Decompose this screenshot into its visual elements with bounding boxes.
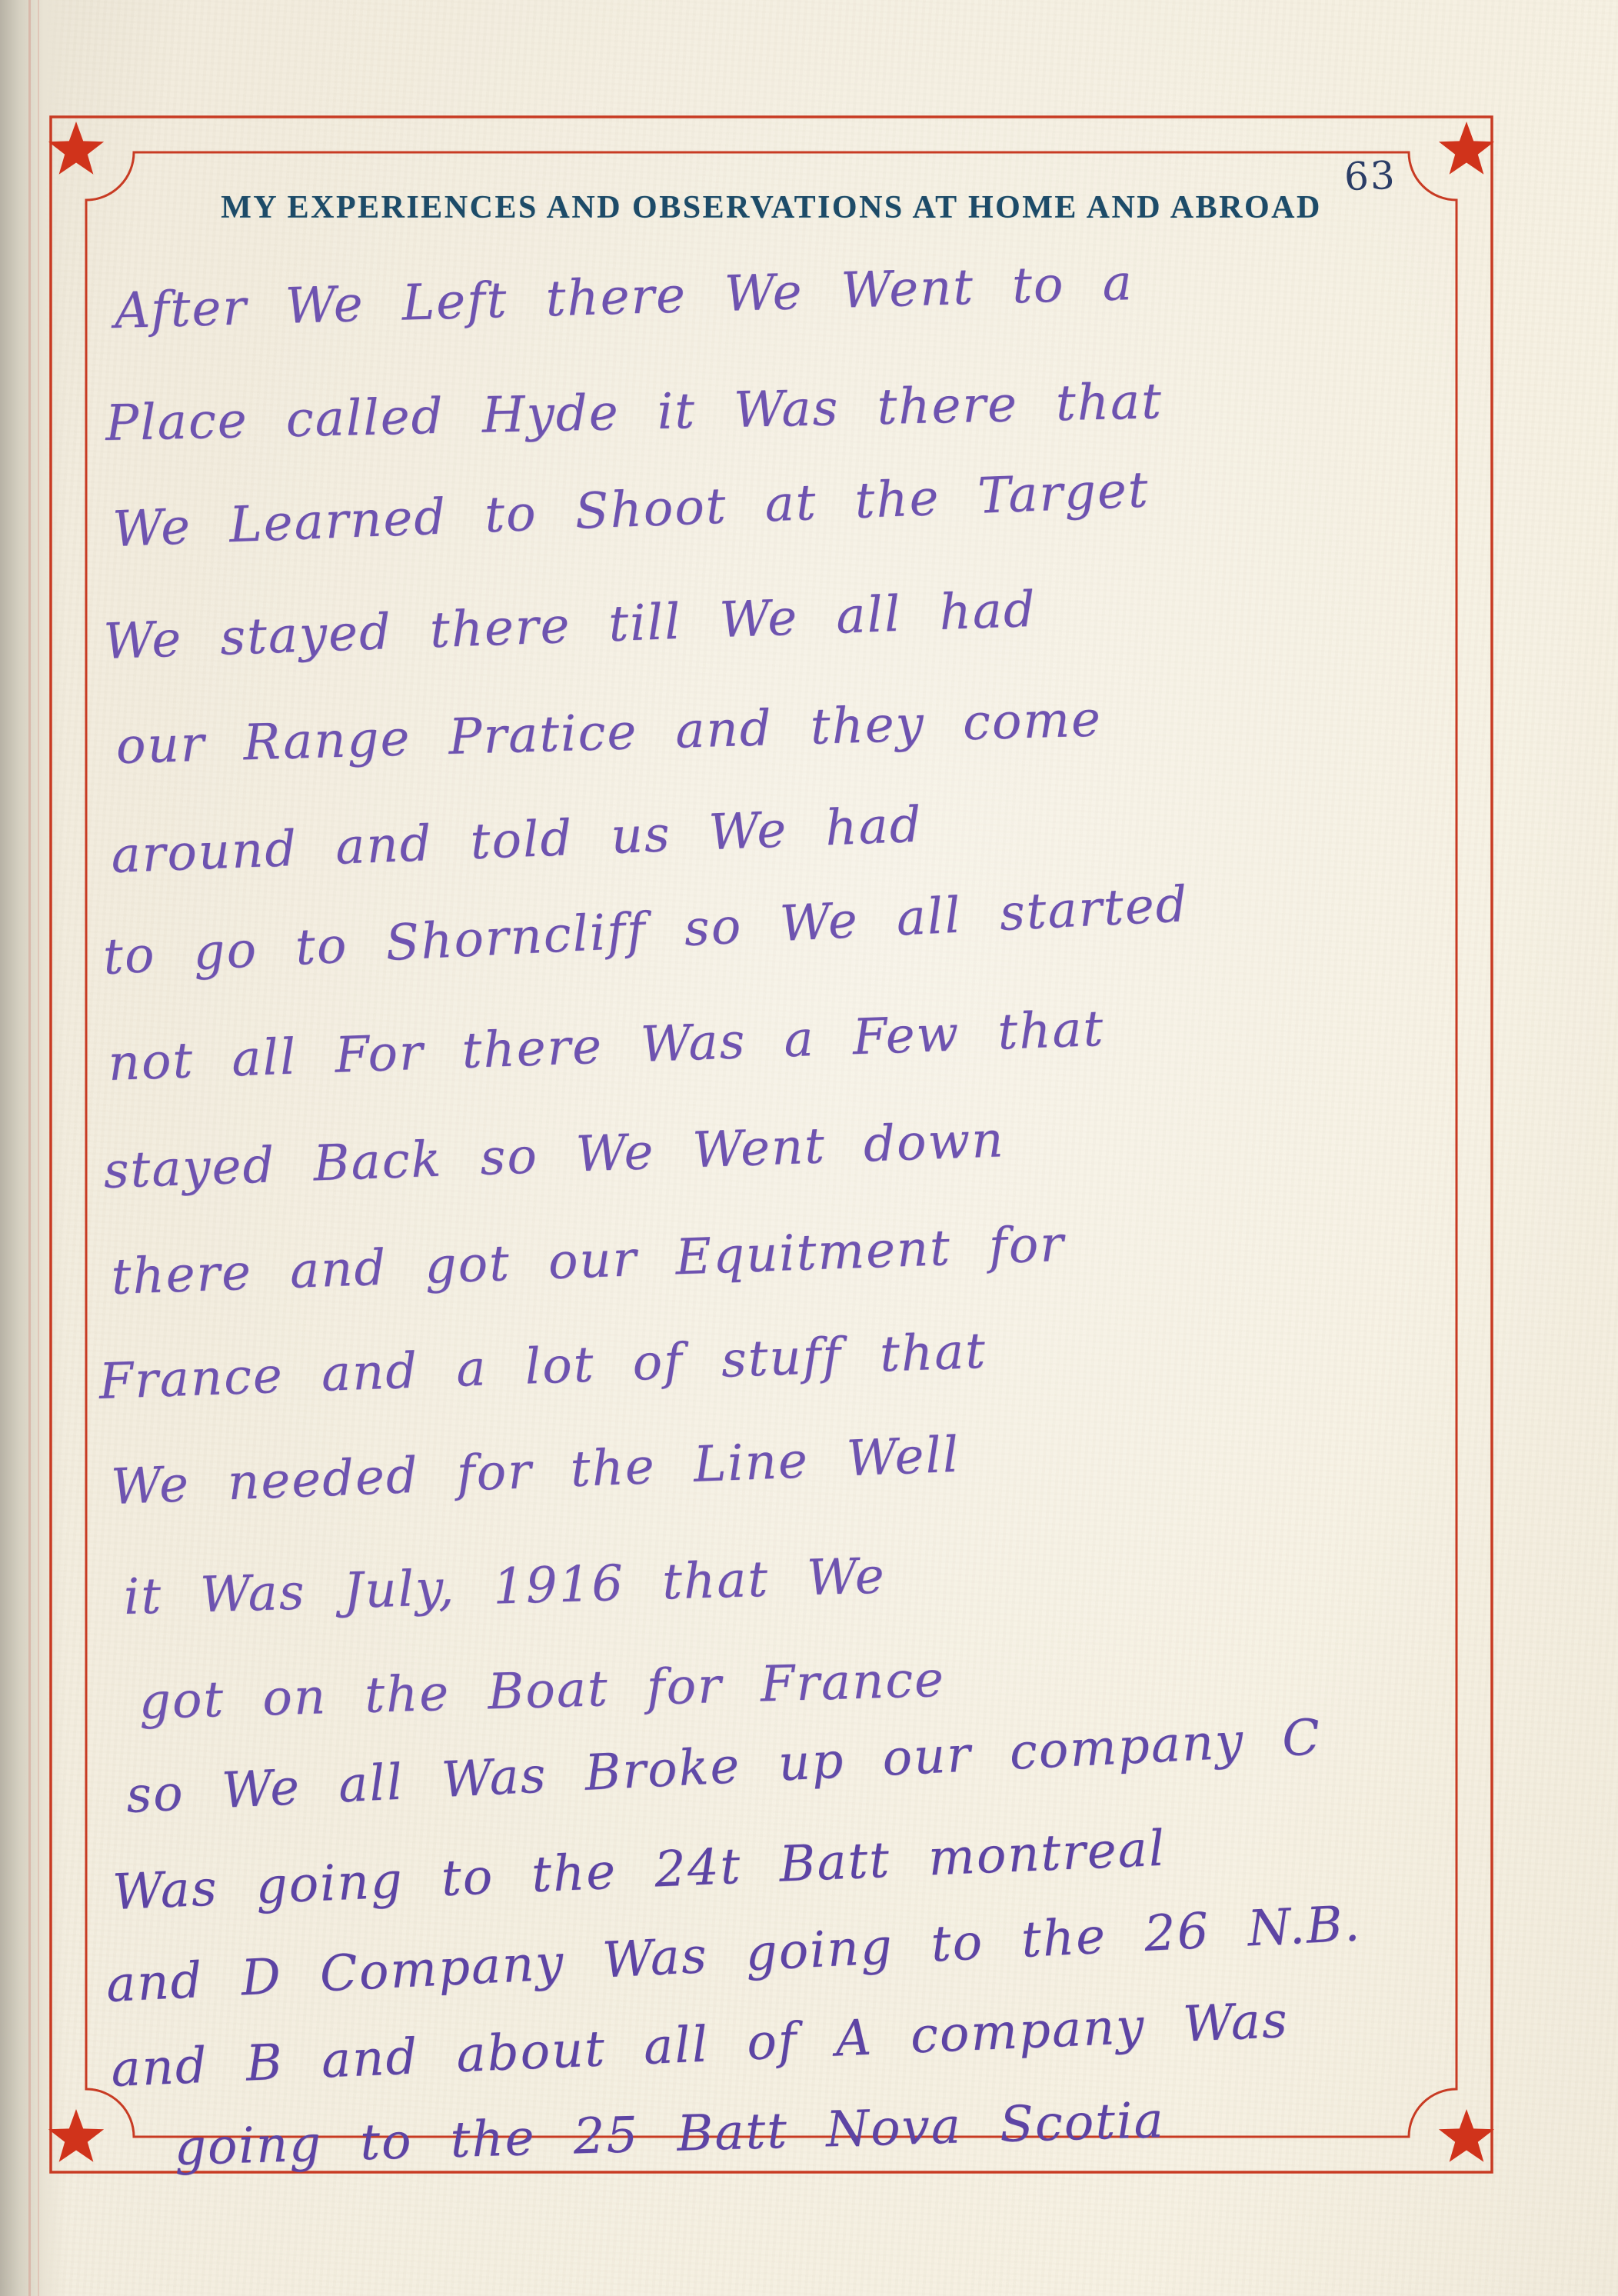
corner-star-icon xyxy=(48,2109,104,2162)
corner-star-icon xyxy=(1439,2109,1494,2162)
corner-star-icon xyxy=(1439,122,1494,175)
scanned-diary-page: 63 MY EXPERIENCES AND OBSERVATIONS AT HO… xyxy=(0,0,1618,2296)
corner-star-icon xyxy=(48,122,104,175)
page-title: MY EXPERIENCES AND OBSERVATIONS AT HOME … xyxy=(86,189,1457,226)
